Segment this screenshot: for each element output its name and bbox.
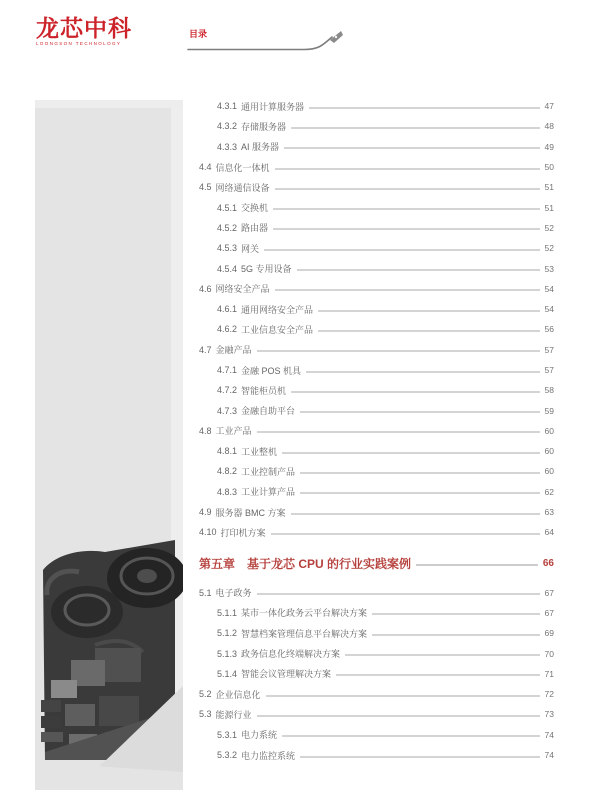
leader-line xyxy=(300,412,539,413)
toc-entry-number: 4.3.1 xyxy=(217,101,237,111)
toc-entry-number: 4.5.1 xyxy=(217,203,237,213)
leader-line xyxy=(300,493,539,494)
toc-entry-title: 工业整机 xyxy=(241,445,277,458)
toc-entry-page: 73 xyxy=(545,709,554,719)
toc-entry-title: 网络通信设备 xyxy=(216,181,270,194)
toc-entry-number: 4.5.2 xyxy=(217,223,237,233)
toc-entry-page: 51 xyxy=(545,203,554,213)
toc-entry-page: 74 xyxy=(545,750,554,760)
leader-line xyxy=(284,148,539,149)
leader-line xyxy=(416,565,538,566)
toc-entry-page: 60 xyxy=(545,426,554,436)
toc-entry-title: 智能会议管理解决方案 xyxy=(241,667,331,680)
toc-entry[interactable]: 4.5 网络通信设备 51 xyxy=(199,177,554,197)
chapter4-entries: 4.3.1 通用计算服务器 47 4.3.2 存储服务器 48 4.3.3 AI… xyxy=(199,96,554,543)
company-logo: 龙芯中科 LOONGSON TECHNOLOGY xyxy=(36,16,132,46)
toc-entry-number: 5.3.1 xyxy=(217,730,237,740)
toc-entry[interactable]: 4.8.1 工业整机 60 xyxy=(199,441,554,461)
leader-line xyxy=(300,756,539,757)
toc-entry-title: 工业信息安全产品 xyxy=(241,323,313,336)
toc-entry-number: 5.2 xyxy=(199,689,212,699)
toc-entry[interactable]: 5.1.2 智慧档案管理信息平台解决方案 69 xyxy=(199,623,554,643)
toc-entry-number: 4.4 xyxy=(199,162,212,172)
toc-entry-page: 60 xyxy=(545,466,554,476)
toc-entry-number: 4.7.1 xyxy=(217,365,237,375)
toc-entry-number: 4.3.2 xyxy=(217,121,237,131)
toc-entry[interactable]: 4.3.2 存储服务器 48 xyxy=(199,116,554,136)
toc-entry-title: 交换机 xyxy=(241,201,268,214)
toc-page: 龙芯中科 LOONGSON TECHNOLOGY 目录 xyxy=(0,0,600,801)
toc-entry[interactable]: 4.7.2 智能柜员机 58 xyxy=(199,380,554,400)
toc-entry[interactable]: 4.6.1 通用网络安全产品 54 xyxy=(199,299,554,319)
toc-entry[interactable]: 5.3.1 电力系统 74 xyxy=(199,725,554,745)
toc-entry-page: 56 xyxy=(545,324,554,334)
toc-entry-page: 48 xyxy=(545,121,554,131)
leader-line xyxy=(282,736,539,737)
leader-line xyxy=(345,655,539,656)
toc-entry[interactable]: 4.5.2 路由器 52 xyxy=(199,218,554,238)
toc-entry-page: 53 xyxy=(545,264,554,274)
toc-entry-number: 5.1.4 xyxy=(217,669,237,679)
toc-entry-number: 4.10 xyxy=(199,527,217,537)
leader-line xyxy=(309,107,539,108)
toc-entry-number: 5.1.1 xyxy=(217,608,237,618)
toc-entry-title: 电力系统 xyxy=(241,728,277,741)
table-of-contents: 4.3.1 通用计算服务器 47 4.3.2 存储服务器 48 4.3.3 AI… xyxy=(199,96,554,765)
toc-entry-number: 4.8.2 xyxy=(217,466,237,476)
toc-entry-title: 电力监控系统 xyxy=(241,749,295,762)
toc-entry-title: 能源行业 xyxy=(216,708,252,721)
toc-entry-number: 5.3.2 xyxy=(217,750,237,760)
toc-entry-number: 4.8.3 xyxy=(217,487,237,497)
toc-entry-page: 54 xyxy=(545,284,554,294)
leader-line xyxy=(257,351,540,352)
side-photo-strip xyxy=(35,100,183,790)
toc-entry[interactable]: 4.3.1 通用计算服务器 47 xyxy=(199,96,554,116)
toc-entry[interactable]: 4.10 打印机方案 64 xyxy=(199,522,554,542)
chapter5-heading[interactable]: 第五章 基于龙芯 CPU 的行业实践案例 66 xyxy=(199,551,554,577)
toc-entry-title: 服务器 BMC 方案 xyxy=(216,506,286,519)
leader-line xyxy=(306,371,539,372)
toc-entry[interactable]: 4.5.3 网关 52 xyxy=(199,238,554,258)
toc-entry-page: 50 xyxy=(545,162,554,172)
logo-text: 龙芯中科 xyxy=(36,16,132,40)
toc-entry[interactable]: 4.8.2 工业控制产品 60 xyxy=(199,461,554,481)
toc-entry-title: 政务信息化终端解决方案 xyxy=(241,647,340,660)
toc-entry-number: 5.3 xyxy=(199,709,212,719)
toc-entry-number: 4.8.1 xyxy=(217,446,237,456)
leader-line xyxy=(275,188,540,189)
toc-entry-page: 52 xyxy=(545,223,554,233)
toc-entry-page: 70 xyxy=(545,649,554,659)
logo-subtext: LOONGSON TECHNOLOGY xyxy=(36,41,132,46)
toc-entry-number: 5.1.2 xyxy=(217,628,237,638)
leader-line xyxy=(266,695,540,696)
leader-line xyxy=(291,513,540,514)
toc-entry[interactable]: 4.5.4 5G 专用设备 53 xyxy=(199,258,554,278)
toc-entry-title: 通用计算服务器 xyxy=(241,100,304,113)
toc-entry[interactable]: 5.1.1 某市一体化政务云平台解决方案 67 xyxy=(199,603,554,623)
toc-entry-number: 4.3.3 xyxy=(217,142,237,152)
toc-entry-number: 4.9 xyxy=(199,507,212,517)
toc-entry-title: 金融产品 xyxy=(216,343,252,356)
toc-entry[interactable]: 4.9 服务器 BMC 方案 63 xyxy=(199,502,554,522)
toc-entry[interactable]: 5.3 能源行业 73 xyxy=(199,704,554,724)
toc-entry-number: 4.8 xyxy=(199,426,212,436)
toc-entry-page: 57 xyxy=(545,345,554,355)
toc-entry-title: 信息化一体机 xyxy=(216,161,270,174)
leader-line xyxy=(300,472,539,473)
toc-entry[interactable]: 4.7.3 金融自助平台 59 xyxy=(199,400,554,420)
toc-entry-page: 54 xyxy=(545,304,554,314)
toc-entry-page: 58 xyxy=(545,385,554,395)
toc-entry-title: 工业计算产品 xyxy=(241,485,295,498)
leader-line xyxy=(257,594,540,595)
hardware-photo xyxy=(35,100,183,790)
toc-entry[interactable]: 4.6 网络安全产品 54 xyxy=(199,279,554,299)
toc-entry[interactable]: 4.5.1 交换机 51 xyxy=(199,197,554,217)
toc-entry-number: 4.6 xyxy=(199,284,212,294)
toc-entry-page: 64 xyxy=(545,527,554,537)
toc-entry-title: AI 服务器 xyxy=(241,140,279,153)
toc-entry-page: 74 xyxy=(545,730,554,740)
toc-entry-title: 网络安全产品 xyxy=(216,282,270,295)
toc-entry-title: 通用网络安全产品 xyxy=(241,303,313,316)
leader-line xyxy=(372,614,539,615)
leader-line xyxy=(336,675,539,676)
toc-entry[interactable]: 4.4 信息化一体机 50 xyxy=(199,157,554,177)
toc-entry-number: 4.7.3 xyxy=(217,406,237,416)
toc-entry-page: 62 xyxy=(545,487,554,497)
toc-entry[interactable]: 5.2 企业信息化 72 xyxy=(199,684,554,704)
toc-entry-title: 某市一体化政务云平台解决方案 xyxy=(241,606,367,619)
toc-entry-title: 存储服务器 xyxy=(241,120,286,133)
leader-line xyxy=(257,715,540,716)
toc-entry-page: 67 xyxy=(545,608,554,618)
leader-line xyxy=(275,290,540,291)
toc-entry[interactable]: 5.1.4 智能会议管理解决方案 71 xyxy=(199,664,554,684)
chapter5-page: 66 xyxy=(543,558,554,569)
header-underline xyxy=(186,30,350,54)
toc-entry-number: 4.6.2 xyxy=(217,324,237,334)
toc-entry-title: 金融 POS 机具 xyxy=(241,364,301,377)
toc-entry-title: 工业产品 xyxy=(216,424,252,437)
toc-entry-page: 60 xyxy=(545,446,554,456)
toc-entry-title: 工业控制产品 xyxy=(241,465,295,478)
toc-entry-title: 智能柜员机 xyxy=(241,384,286,397)
toc-entry-page: 63 xyxy=(545,507,554,517)
toc-entry-page: 51 xyxy=(545,182,554,192)
toc-entry-page: 57 xyxy=(545,365,554,375)
toc-entry[interactable]: 5.1.3 政务信息化终端解决方案 70 xyxy=(199,643,554,663)
leader-line xyxy=(275,168,540,169)
toc-entry-page: 72 xyxy=(545,689,554,699)
toc-entry-title: 网关 xyxy=(241,242,259,255)
toc-entry[interactable]: 4.7 金融产品 57 xyxy=(199,340,554,360)
toc-entry-page: 49 xyxy=(545,142,554,152)
toc-entry[interactable]: 4.8.3 工业计算产品 62 xyxy=(199,482,554,502)
leader-line xyxy=(271,533,540,534)
leader-line xyxy=(273,229,539,230)
toc-entry-title: 路由器 xyxy=(241,221,268,234)
toc-entry-page: 69 xyxy=(545,628,554,638)
toc-entry[interactable]: 4.3.3 AI 服务器 49 xyxy=(199,137,554,157)
toc-entry-number: 4.5 xyxy=(199,182,212,192)
chapter5-entries: 5.1 电子政务 67 5.1.1 某市一体化政务云平台解决方案 67 5.1.… xyxy=(199,583,554,766)
toc-entry-page: 59 xyxy=(545,406,554,416)
chapter5-title: 基于龙芯 CPU 的行业实践案例 xyxy=(247,555,411,572)
toc-entry-title: 智慧档案管理信息平台解决方案 xyxy=(241,627,367,640)
toc-entry-number: 4.5.3 xyxy=(217,243,237,253)
toc-entry[interactable]: 4.7.1 金融 POS 机具 57 xyxy=(199,360,554,380)
leader-line xyxy=(257,432,540,433)
leader-line xyxy=(372,634,539,635)
toc-entry-page: 47 xyxy=(545,101,554,111)
toc-entry-title: 金融自助平台 xyxy=(241,404,295,417)
leader-line xyxy=(297,270,540,271)
toc-entry-page: 71 xyxy=(545,669,554,679)
toc-entry-title: 打印机方案 xyxy=(221,526,266,539)
toc-entry-page: 67 xyxy=(545,588,554,598)
toc-entry[interactable]: 4.8 工业产品 60 xyxy=(199,421,554,441)
toc-entry-number: 4.7.2 xyxy=(217,385,237,395)
chapter5-number: 第五章 xyxy=(199,555,235,572)
toc-entry-title: 电子政务 xyxy=(216,586,252,599)
toc-entry[interactable]: 5.3.2 电力监控系统 74 xyxy=(199,745,554,765)
leader-line xyxy=(291,391,539,392)
toc-entry-number: 4.7 xyxy=(199,345,212,355)
toc-entry-title: 5G 专用设备 xyxy=(241,262,292,275)
toc-entry-page: 52 xyxy=(545,243,554,253)
toc-entry-number: 5.1 xyxy=(199,588,212,598)
leader-line xyxy=(318,310,539,311)
leader-line xyxy=(318,330,539,331)
toc-entry-title: 企业信息化 xyxy=(216,688,261,701)
toc-entry[interactable]: 5.1 电子政务 67 xyxy=(199,583,554,603)
leader-line xyxy=(264,249,539,250)
toc-entry-number: 5.1.3 xyxy=(217,649,237,659)
toc-entry-number: 4.5.4 xyxy=(217,264,237,274)
leader-line xyxy=(282,452,539,453)
toc-entry-number: 4.6.1 xyxy=(217,304,237,314)
leader-line xyxy=(273,209,539,210)
leader-line xyxy=(291,127,539,128)
toc-entry[interactable]: 4.6.2 工业信息安全产品 56 xyxy=(199,319,554,339)
